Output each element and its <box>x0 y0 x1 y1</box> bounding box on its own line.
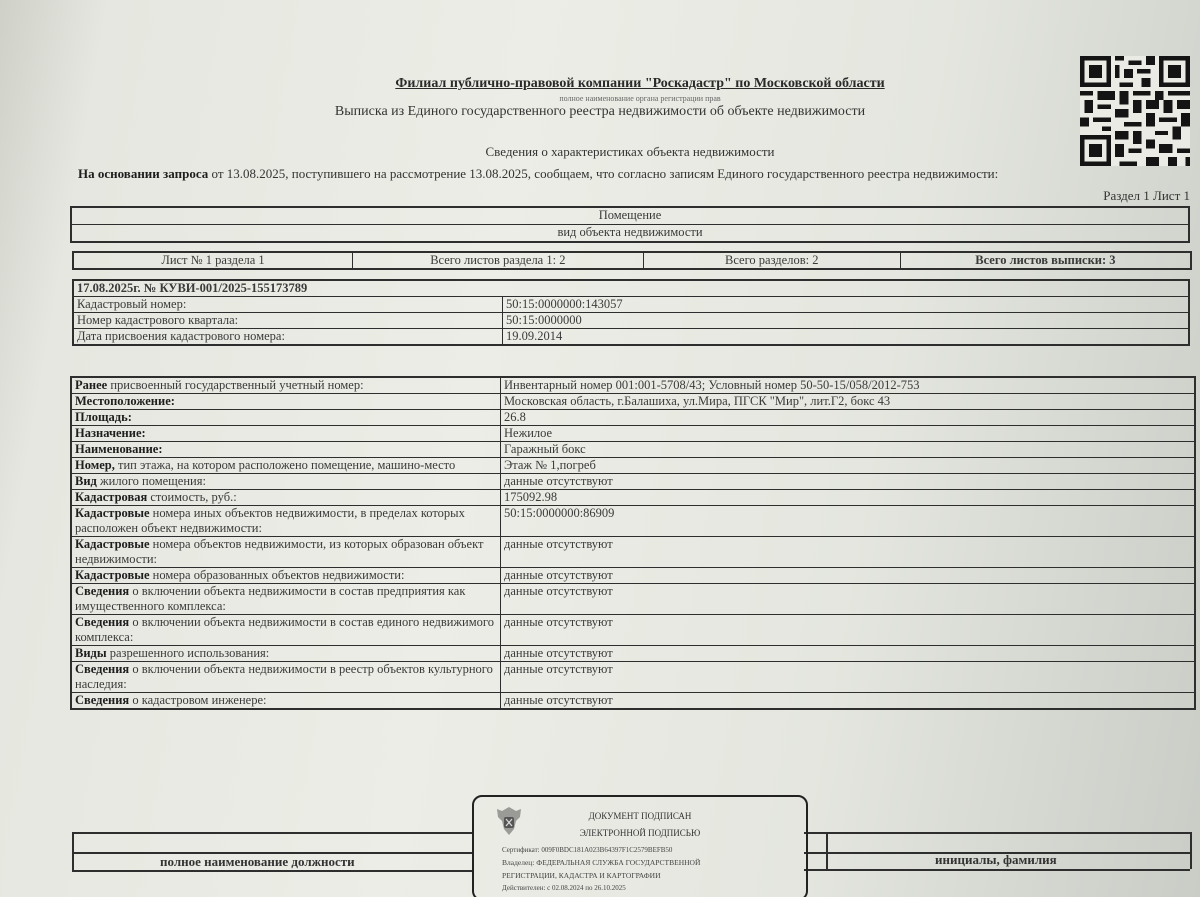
table-row: Кадастровый номер: 50:15:0000000:143057 <box>73 297 1189 313</box>
row-label-key: Вид <box>75 474 97 488</box>
row-value: 175092.98 <box>501 490 1196 506</box>
row-label-key: Сведения <box>75 584 129 598</box>
row-label-key: Сведения <box>75 615 129 629</box>
sheet-number: Лист № 1 раздела 1 <box>73 252 353 269</box>
table-row: Ранее присвоенный государственный учетны… <box>71 377 1195 394</box>
object-type-table: Помещение вид объекта недвижимости <box>70 206 1190 243</box>
organization-name: Филиал публично-правовой компании "Роска… <box>300 76 980 92</box>
table-row: Площадь:26.8 <box>71 410 1195 426</box>
row-label: Кадастровые номера объектов недвижимости… <box>71 537 501 568</box>
row-label-key: Назначение: <box>75 426 146 440</box>
row-label: Кадастровый номер: <box>73 297 503 313</box>
row-value: 50:15:0000000:86909 <box>501 506 1196 537</box>
row-label-key: Местоположение: <box>75 394 175 408</box>
row-label: Дата присвоения кадастрового номера: <box>73 329 503 346</box>
table-row: Номер, тип этажа, на котором расположено… <box>71 458 1195 474</box>
row-label: Вид жилого помещения: <box>71 474 501 490</box>
table-row: Кадастровая стоимость, руб.:175092.98 <box>71 490 1195 506</box>
row-label-rest: тип этажа, на котором расположено помеще… <box>115 458 455 472</box>
table-row: Сведения о включении объекта недвижимост… <box>71 584 1195 615</box>
row-label: Сведения о включении объекта недвижимост… <box>71 584 501 615</box>
table-row: Сведения о включении объекта недвижимост… <box>71 615 1195 646</box>
row-value: данные отсутствуют <box>501 646 1196 662</box>
row-label-key: Номер, <box>75 458 115 472</box>
row-label: Наименование: <box>71 442 501 458</box>
row-value: 26.8 <box>501 410 1196 426</box>
row-label-key: Сведения <box>75 693 129 707</box>
intro-text: от 13.08.2025, поступившего на рассмотре… <box>208 166 998 181</box>
row-label-rest: жилого помещения: <box>97 474 206 488</box>
row-value: Гаражный бокс <box>501 442 1196 458</box>
name-line-3 <box>804 869 1190 871</box>
row-value: Этаж № 1,погреб <box>501 458 1196 474</box>
row-label-rest: о кадастровом инженере: <box>129 693 266 707</box>
characteristics-table: Ранее присвоенный государственный учетны… <box>70 376 1196 710</box>
section-sheet-label: Раздел 1 Лист 1 <box>1103 188 1190 204</box>
name-border <box>1190 832 1192 869</box>
qr-code-icon <box>1078 56 1192 166</box>
row-label-key: Кадастровые <box>75 537 150 551</box>
sections-total: Всего разделов: 2 <box>643 252 900 269</box>
row-value: данные отсутствуют <box>501 568 1196 584</box>
row-label-key: Кадастровая <box>75 490 147 504</box>
signature-line-1: ДОКУМЕНТ ПОДПИСАН <box>474 811 806 821</box>
row-value: Инвентарный номер 001:001-5708/43; Услов… <box>501 377 1196 394</box>
row-value: данные отсутствуют <box>501 693 1196 710</box>
row-label-key: Сведения <box>75 662 129 676</box>
row-label: Назначение: <box>71 426 501 442</box>
name-caption: инициалы, фамилия <box>935 852 1057 868</box>
row-label-rest: номера образованных объектов недвижимост… <box>150 568 405 582</box>
name-divider <box>826 832 828 869</box>
validity: Действителен: с 02.08.2024 по 26.10.2025 <box>502 884 626 892</box>
table-row: Вид жилого помещения:данные отсутствуют <box>71 474 1195 490</box>
row-label-key: Наименование: <box>75 442 163 456</box>
extract-date-number: 17.08.2025г. № КУВИ-001/2025-155173789 <box>73 280 1189 297</box>
assignment-date: 19.09.2014 <box>503 329 1190 346</box>
issued-to: Владелец: ФЕДЕРАЛЬНАЯ СЛУЖБА ГОСУДАРСТВЕ… <box>502 858 700 867</box>
intro-paragraph: На основании запроса от 13.08.2025, пост… <box>78 166 1138 182</box>
row-value: данные отсутствуют <box>501 474 1196 490</box>
row-label-key: Кадастровые <box>75 568 150 582</box>
intro-bold: На основании запроса <box>78 166 208 181</box>
position-line-3 <box>72 870 472 872</box>
signature-line-2: ЭЛЕКТРОННОЙ ПОДПИСЬЮ <box>474 828 806 838</box>
name-line <box>804 832 1190 834</box>
row-label: Местоположение: <box>71 394 501 410</box>
row-label: Виды разрешенного использования: <box>71 646 501 662</box>
row-label-rest: стоимость, руб.: <box>147 490 236 504</box>
document-title: Выписка из Единого государственного реес… <box>260 104 940 120</box>
section-title: Сведения о характеристиках объекта недви… <box>330 144 930 160</box>
position-border <box>72 832 74 870</box>
row-label: Сведения о включении объекта недвижимост… <box>71 662 501 693</box>
extract-sheets-total: Всего листов выписки: 3 <box>900 252 1191 269</box>
certificate: Сертификат: 009F0BDC181A023B64397F1C2579… <box>502 846 672 854</box>
extract-basics-table: 17.08.2025г. № КУВИ-001/2025-155173789 К… <box>72 279 1190 346</box>
table-row: Номер кадастрового квартала: 50:15:00000… <box>73 313 1189 329</box>
table-row: Кадастровые номера образованных объектов… <box>71 568 1195 584</box>
row-label: Кадастровая стоимость, руб.: <box>71 490 501 506</box>
sheet-info-table: Лист № 1 раздела 1 Всего листов раздела … <box>72 251 1192 270</box>
organization-caption: полное наименование органа регистрации п… <box>300 94 980 103</box>
row-label: Номер кадастрового квартала: <box>73 313 503 329</box>
row-value: Нежилое <box>501 426 1196 442</box>
row-label: Площадь: <box>71 410 501 426</box>
row-label: Сведения о включении объекта недвижимост… <box>71 615 501 646</box>
row-label: Кадастровые номера образованных объектов… <box>71 568 501 584</box>
row-value: данные отсутствуют <box>501 615 1196 646</box>
row-value: данные отсутствуют <box>501 584 1196 615</box>
row-label-rest: присвоенный государственный учетный номе… <box>107 378 363 392</box>
table-row: Сведения о кадастровом инженере:данные о… <box>71 693 1195 710</box>
table-row: Назначение:Нежилое <box>71 426 1195 442</box>
section-sheets-total: Всего листов раздела 1: 2 <box>353 252 644 269</box>
row-label-rest: разрешенного использования: <box>107 646 270 660</box>
row-label-key: Виды <box>75 646 107 660</box>
row-label-rest: о включении объекта недвижимости в соста… <box>75 615 494 644</box>
row-label: Ранее присвоенный государственный учетны… <box>71 377 501 394</box>
electronic-signature-stamp: ДОКУМЕНТ ПОДПИСАН ЭЛЕКТРОННОЙ ПОДПИСЬЮ С… <box>472 795 808 897</box>
table-row: Кадастровые номера иных объектов недвижи… <box>71 506 1195 537</box>
table-row: Кадастровые номера объектов недвижимости… <box>71 537 1195 568</box>
object-type-caption: вид объекта недвижимости <box>71 225 1189 243</box>
table-row: Виды разрешенного использования:данные о… <box>71 646 1195 662</box>
issued-to-2: РЕГИСТРАЦИИ, КАДАСТРА И КАРТОГРАФИИ <box>502 871 661 880</box>
row-label: Номер, тип этажа, на котором расположено… <box>71 458 501 474</box>
position-line <box>72 832 472 834</box>
table-row: Местоположение:Московская область, г.Бал… <box>71 394 1195 410</box>
table-row: Дата присвоения кадастрового номера: 19.… <box>73 329 1189 346</box>
row-label-rest: о включении объекта недвижимости в соста… <box>75 584 465 613</box>
row-value: Московская область, г.Балашиха, ул.Мира,… <box>501 394 1196 410</box>
row-value: данные отсутствуют <box>501 537 1196 568</box>
row-label-key: Площадь: <box>75 410 132 424</box>
table-row: Наименование:Гаражный бокс <box>71 442 1195 458</box>
cadastral-quarter: 50:15:0000000 <box>503 313 1190 329</box>
object-type: Помещение <box>71 207 1189 225</box>
row-label-key: Кадастровые <box>75 506 150 520</box>
row-label-rest: о включении объекта недвижимости в реест… <box>75 662 493 691</box>
row-label-key: Ранее <box>75 378 107 392</box>
row-label: Кадастровые номера иных объектов недвижи… <box>71 506 501 537</box>
table-row: Сведения о включении объекта недвижимост… <box>71 662 1195 693</box>
cadastral-number: 50:15:0000000:143057 <box>503 297 1190 313</box>
position-caption: полное наименование должности <box>160 854 355 870</box>
row-label: Сведения о кадастровом инженере: <box>71 693 501 710</box>
row-value: данные отсутствуют <box>501 662 1196 693</box>
